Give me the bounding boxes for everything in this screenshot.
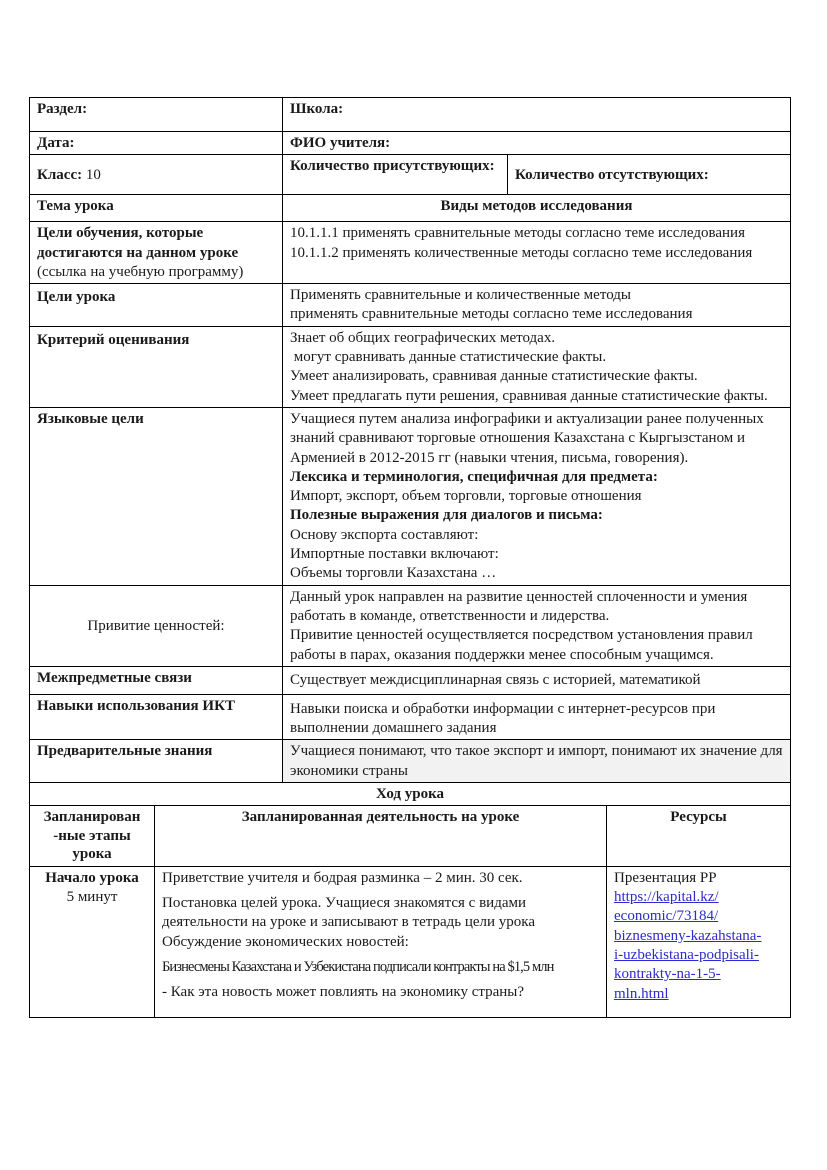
prior-knowledge-value: Учащиеся понимают, что такое экспорт и и…	[283, 740, 791, 783]
activity-cell: Приветствие учителя и бодрая разминка – …	[155, 866, 607, 1017]
column-header-resources: Ресурсы	[607, 806, 791, 867]
activity-question: - Как эта новость может повлиять на экон…	[162, 983, 599, 1002]
language-goals-value: Учащиеся путем анализа инфографики и акт…	[283, 407, 791, 585]
criteria-label: Критерий оценивания	[30, 326, 283, 407]
stage-name: Начало урока	[37, 869, 147, 888]
criteria-item: Умеет предлагать пути решения, сравнивая…	[290, 387, 783, 406]
vocab-list: Импорт, экспорт, объем торговли, торговы…	[290, 487, 783, 506]
learning-goal-item: 10.1.1.2 применять количественные методы…	[290, 244, 783, 263]
criteria-item: могут сравнивать данные статистические ф…	[290, 348, 783, 367]
activity-item: Обсуждение экономических новостей:	[162, 933, 599, 952]
class-value: 10	[82, 167, 101, 183]
plan-title: Ход урока	[30, 783, 791, 806]
lesson-plan-document: Раздел: Школа: Дата: ФИО учителя: Класс:…	[29, 97, 790, 1018]
cross-curricular-label: Межпредметные связи	[30, 666, 283, 694]
absent-label: Количество отсутствующих:	[508, 155, 791, 195]
resource-link-line[interactable]: biznesmeny-kazahstana-	[614, 927, 783, 946]
cross-curricular-value: Существует междисциплинарная связь с ист…	[283, 666, 791, 694]
school-label: Школа:	[283, 98, 791, 132]
activity-item: Постановка целей урока. Учащиеся знакомя…	[162, 894, 599, 933]
values-item: Данный урок направлен на развитие ценнос…	[290, 588, 783, 627]
column-header-stages: Запланирован -ные этапы урока	[30, 806, 155, 867]
vocab-heading: Лексика и терминология, специфичная для …	[290, 468, 783, 487]
resource-link-line[interactable]: economic/73184/	[614, 907, 783, 926]
phrase-item: Импортные поставки включают:	[290, 545, 783, 564]
topic-value: Виды методов исследования	[283, 195, 791, 222]
language-goals-label: Языковые цели	[30, 407, 283, 585]
lesson-goals-value: Применять сравнительные и количественные…	[283, 284, 791, 327]
phrase-item: Объемы торговли Казахстана …	[290, 564, 783, 583]
values-item: Привитие ценностей осуществляется посред…	[290, 626, 783, 665]
date-label: Дата:	[30, 132, 283, 155]
lesson-goal-item: Применять сравнительные и количественные…	[290, 286, 783, 305]
learning-goal-item: 10.1.1.1 применять сравнительные методы …	[290, 224, 783, 243]
resource-link-line[interactable]: i-uzbekistana-podpisali-	[614, 946, 783, 965]
resource-link-line[interactable]: https://kapital.kz/	[614, 888, 783, 907]
table-row: Начало урока 5 минут Приветствие учителя…	[30, 866, 791, 1017]
resources-cell: Презентация PP https://kapital.kz/ econo…	[607, 866, 791, 1017]
criteria-item: Умеет анализировать, сравнивая данные ст…	[290, 367, 783, 386]
values-value: Данный урок направлен на развитие ценнос…	[283, 585, 791, 666]
class-cell: Класс: 10	[30, 155, 283, 195]
lesson-plan-table: Ход урока Запланирован -ные этапы урока …	[29, 782, 791, 1018]
resource-link-line[interactable]: kontrakty-na-1-5-	[614, 965, 783, 984]
lesson-goals-label: Цели урока	[30, 284, 283, 327]
class-label: Класс:	[37, 167, 82, 183]
topic-label: Тема урока	[30, 195, 283, 222]
stage-cell: Начало урока 5 минут	[30, 866, 155, 1017]
learning-goals-note: (ссылка на учебную программу)	[37, 264, 243, 280]
lesson-header-table: Раздел: Школа: Дата: ФИО учителя: Класс:…	[29, 97, 791, 783]
learning-goals-value: 10.1.1.1 применять сравнительные методы …	[283, 222, 791, 284]
present-label: Количество присутствующих:	[283, 155, 508, 195]
razdel-label: Раздел:	[30, 98, 283, 132]
language-goals-intro: Учащиеся путем анализа инфографики и акт…	[290, 410, 783, 468]
teacher-label: ФИО учителя:	[283, 132, 791, 155]
ict-label: Навыки использования ИКТ	[30, 694, 283, 740]
phrases-heading: Полезные выражения для диалогов и письма…	[290, 506, 783, 525]
resource-link-line[interactable]: mln.html	[614, 985, 783, 1004]
learning-goals-label-cell: Цели обучения, которые достигаются на да…	[30, 222, 283, 284]
stage-duration: 5 минут	[37, 888, 147, 907]
column-header-activity: Запланированная деятельность на уроке	[155, 806, 607, 867]
activity-item: Приветствие учителя и бодрая разминка – …	[162, 869, 599, 888]
values-label: Привитие ценностей:	[30, 585, 283, 666]
ict-value: Навыки поиска и обработки информации с и…	[283, 694, 791, 740]
phrase-item: Основу экспорта составляют:	[290, 526, 783, 545]
learning-goals-label: Цели обучения, которые достигаются на да…	[37, 225, 238, 260]
news-headline: Бизнесмены Казахстана и Узбекистана подп…	[162, 958, 599, 977]
prior-knowledge-label: Предварительные знания	[30, 740, 283, 783]
criteria-value: Знает об общих географических методах. м…	[283, 326, 791, 407]
lesson-goal-item: применять сравнительные методы согласно …	[290, 305, 783, 324]
resource-presentation: Презентация PP	[614, 869, 783, 888]
resource-link[interactable]: https://kapital.kz/ economic/73184/ bizn…	[614, 888, 783, 1004]
criteria-item: Знает об общих географических методах.	[290, 329, 783, 348]
